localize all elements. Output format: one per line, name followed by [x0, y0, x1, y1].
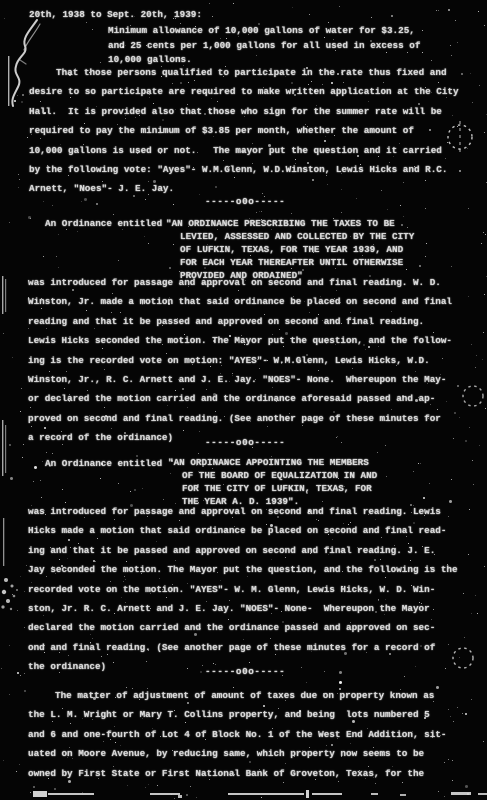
grain-speck	[130, 491, 131, 492]
emulsion-blotch	[1, 578, 18, 610]
grain-speck	[81, 201, 82, 202]
grain-speck	[33, 786, 35, 788]
grain-speck	[174, 798, 175, 799]
typed-line: Lewis Hicks seconded the motion. The May…	[28, 331, 452, 350]
grain-speck	[444, 796, 445, 797]
grain-speck	[46, 452, 47, 453]
grain-speck	[17, 610, 18, 611]
grain-speck	[52, 453, 53, 454]
grain-speck	[292, 7, 293, 8]
grain-speck	[462, 713, 463, 714]
punch-circle-2	[463, 386, 483, 406]
film-scratch-left	[2, 56, 9, 566]
grain-speck	[450, 45, 451, 46]
grain-speck	[454, 412, 456, 414]
typed-line: was introduced for passage and approval …	[28, 273, 452, 292]
typed-line: ond and final reading. (See another page…	[28, 638, 458, 657]
grain-speck	[306, 682, 307, 683]
grain-speck	[436, 10, 437, 11]
grain-speck	[9, 694, 10, 695]
typed-line: ing and that it be passed and approved o…	[28, 541, 458, 560]
grain-speck	[54, 788, 56, 790]
typed-line: by the following vote: "Ayes"- W.M.Glenn…	[29, 160, 459, 179]
grain-speck	[12, 357, 13, 358]
typed-line: Winston, Jr. made a motion that said ord…	[28, 292, 452, 311]
section-separator: -----o0o-----	[205, 195, 285, 209]
grain-speck	[459, 417, 460, 418]
typed-line: ing is the recorded vote on motion: "AYE…	[28, 351, 452, 370]
grain-speck	[413, 471, 414, 472]
grain-speck	[485, 234, 486, 235]
water-rate-block: Minimum allowance of 10,000 gallons of w…	[108, 24, 420, 68]
grain-speck	[485, 408, 486, 409]
grain-speck	[127, 785, 128, 786]
grain-speck	[375, 783, 376, 784]
grain-speck	[387, 209, 388, 210]
grain-speck	[17, 672, 19, 674]
grain-speck	[96, 203, 98, 205]
grain-speck	[1, 668, 2, 669]
grain-speck	[451, 266, 452, 267]
grain-speck	[118, 483, 119, 484]
grain-speck	[261, 797, 262, 798]
typed-line: FOR EACH YEAR THEREAFTER UNTIL OTHERWISE	[166, 257, 414, 270]
grain-speck	[467, 148, 468, 149]
grain-speck	[452, 760, 453, 761]
grain-speck	[483, 232, 484, 233]
grain-speck	[483, 741, 484, 742]
grain-speck	[145, 787, 146, 788]
grain-speck	[196, 797, 197, 798]
grain-speck	[12, 594, 13, 595]
grain-speck	[26, 565, 27, 566]
grain-speck	[471, 613, 472, 614]
grain-speck	[423, 497, 425, 499]
grain-speck	[457, 707, 458, 708]
grain-speck	[465, 785, 468, 788]
grain-speck	[451, 479, 452, 480]
grain-speck	[9, 645, 10, 646]
grain-speck	[9, 444, 11, 446]
grain-speck	[171, 794, 172, 795]
typed-line: Winston, Jr., R. C. Arnett and J. E. Jay…	[28, 370, 452, 389]
typed-line: required to pay the minimum of $3.85 per…	[29, 121, 459, 140]
grain-speck	[144, 236, 145, 237]
grain-speck	[475, 367, 476, 368]
grain-speck	[482, 359, 483, 360]
section-separator: -----o0o-----	[205, 665, 285, 679]
grain-speck	[27, 137, 28, 138]
typed-line: 10,000 gallons is used or not. The mayor…	[29, 141, 459, 160]
grain-speck	[190, 786, 191, 787]
grain-speck	[452, 780, 453, 781]
grain-speck	[113, 214, 114, 215]
bottom-edge-artifact	[33, 790, 487, 798]
grain-speck	[386, 476, 387, 477]
grain-speck	[448, 709, 449, 710]
typed-line: OF THE BOARD OF EQUALIZATION IN AND	[168, 470, 377, 483]
grain-speck	[209, 3, 210, 4]
grain-speck	[484, 132, 485, 133]
grain-speck	[28, 216, 31, 219]
grain-speck	[261, 211, 262, 212]
grain-speck	[58, 267, 59, 268]
grain-speck	[469, 427, 470, 428]
typed-line: recorded vote on the motion. "AYES"- W. …	[28, 580, 458, 599]
paragraph-tax-ordinance-vote: was introduced for passage and approval …	[28, 273, 452, 448]
grain-speck	[455, 20, 456, 21]
grain-speck	[453, 438, 454, 439]
grain-speck	[477, 613, 478, 614]
grain-speck	[429, 483, 430, 484]
grain-speck	[341, 212, 342, 213]
grain-speck	[142, 488, 143, 489]
typed-line: desire to so participate are required to…	[29, 82, 459, 101]
grain-speck	[30, 218, 31, 219]
typed-line: was introduced for passage and approval …	[28, 502, 458, 521]
grain-speck	[459, 657, 460, 658]
grain-speck	[450, 716, 451, 717]
grain-speck	[461, 73, 463, 75]
grain-speck	[484, 294, 485, 295]
grain-speck	[484, 294, 485, 295]
grain-speck	[92, 29, 93, 30]
grain-speck	[453, 721, 454, 722]
typed-line: The matter of adjustment of amount of ta…	[28, 686, 446, 705]
grain-speck	[21, 388, 22, 389]
grain-speck	[163, 499, 164, 500]
grain-speck	[62, 489, 63, 490]
paragraph-summer-rate: That those persons qualified to particip…	[29, 63, 459, 199]
grain-speck	[422, 30, 423, 31]
grain-speck	[465, 440, 467, 442]
grain-speck	[233, 3, 234, 4]
grain-speck	[41, 497, 42, 498]
microfilm-document-page: 20th, 1938 to Sept. 20th, 1939: Minimum …	[0, 0, 487, 800]
grain-speck	[33, 481, 34, 482]
typed-line: Minimum allowance of 10,000 gallons of w…	[108, 24, 420, 39]
grain-speck	[10, 477, 13, 480]
grain-speck	[475, 595, 476, 596]
grain-speck	[148, 784, 149, 785]
grain-speck	[16, 771, 17, 772]
grain-speck	[377, 452, 378, 453]
grain-speck	[24, 591, 25, 592]
grain-speck	[4, 18, 5, 19]
grain-speck	[438, 10, 439, 11]
grain-speck	[448, 9, 450, 11]
grain-speck	[43, 201, 44, 202]
grain-speck	[481, 243, 482, 244]
grain-speck	[438, 791, 439, 792]
grain-speck	[339, 6, 340, 7]
grain-speck	[259, 211, 260, 212]
grain-speck	[457, 385, 459, 387]
grain-speck	[468, 296, 469, 297]
grain-speck	[339, 681, 342, 684]
grain-speck	[483, 332, 484, 333]
ordinance1-intro: An Ordinance entitled	[45, 218, 162, 231]
grain-speck	[473, 484, 474, 485]
paragraph-tax-adjustment: The matter of adjustment of amount of ta…	[28, 686, 446, 783]
grain-speck	[19, 764, 20, 765]
typed-line: or declared the motion carried and the o…	[28, 389, 452, 408]
grain-speck	[471, 699, 472, 700]
grain-speck	[198, 453, 199, 454]
grain-speck	[256, 212, 257, 213]
typed-line: "AN ORDINANCE PRESCRIBING THE TAXES TO B…	[166, 218, 414, 231]
grain-speck	[431, 60, 432, 61]
grain-speck	[309, 14, 310, 15]
typed-line: uated on Moore Avenue, by reducing same,…	[28, 744, 446, 763]
typed-line: and 25 cents per 1,000 gallons for all u…	[108, 39, 420, 54]
grain-speck	[391, 15, 393, 17]
grain-speck	[100, 478, 101, 479]
grain-speck	[291, 213, 292, 214]
typed-line: That those persons qualified to particip…	[29, 63, 459, 82]
paragraph-equalization-board-vote: was introduced for passage and approval …	[28, 502, 458, 677]
grain-speck	[157, 785, 158, 786]
grain-speck	[422, 52, 423, 53]
typed-line: Hall. It is provided also that those who…	[29, 102, 459, 121]
grain-speck	[56, 256, 57, 257]
typed-line: owned by First State or First National B…	[28, 764, 446, 783]
grain-speck	[418, 463, 419, 464]
grain-speck	[148, 243, 149, 244]
section-separator: -----o0o-----	[205, 436, 285, 450]
grain-speck	[426, 243, 427, 244]
grain-speck	[459, 170, 461, 172]
grain-speck	[21, 101, 23, 103]
grain-speck	[20, 411, 21, 412]
typed-line: "AN ORDINANCE APPOINTING THE MEMBERS	[168, 457, 377, 470]
grain-speck	[18, 174, 19, 175]
typed-line: OF LUFKIN, TEXAS, FOR THE YEAR 1939, AND	[166, 244, 414, 257]
typed-line: declared the motion carried and the ordi…	[28, 618, 458, 637]
typed-line: proved on second and final reading. (See…	[28, 409, 452, 428]
grain-speck	[212, 16, 213, 17]
grain-speck	[465, 713, 467, 715]
grain-speck	[58, 234, 59, 235]
grain-speck	[478, 11, 479, 12]
grain-speck	[469, 509, 470, 510]
grain-speck	[419, 265, 421, 267]
grain-speck	[186, 794, 188, 796]
grain-speck	[20, 675, 21, 676]
grain-speck	[52, 205, 53, 206]
grain-speck	[9, 222, 10, 223]
typed-line: and 6 and one-fourth of Lot 4 of Block N…	[28, 725, 446, 744]
grain-speck	[451, 55, 452, 56]
grain-speck	[468, 554, 469, 555]
grain-speck	[484, 25, 485, 26]
typed-line: reading and that it be passed and approv…	[28, 312, 452, 331]
grain-speck	[14, 100, 16, 102]
grain-speck	[82, 792, 83, 793]
grain-speck	[145, 199, 146, 200]
grain-speck	[22, 94, 24, 96]
grain-speck	[472, 102, 473, 103]
grain-speck	[464, 637, 465, 638]
grain-speck	[403, 216, 404, 217]
grain-speck	[484, 566, 485, 567]
grain-speck	[34, 466, 37, 469]
typed-line: Jay seconded the motion. The Mayor put t…	[28, 560, 458, 579]
grain-speck	[3, 333, 4, 334]
typed-line: LEVIED, ASSESSED AND COLLECTED BY THE CI…	[166, 231, 414, 244]
ordinance2-intro: An Ordinance entitled	[45, 457, 162, 470]
grain-speck	[448, 759, 449, 760]
grain-speck	[425, 208, 426, 209]
grain-speck	[42, 461, 43, 462]
grain-speck	[24, 673, 25, 674]
grain-speck	[19, 179, 20, 180]
typed-line: the L. M. Wright or Mary T. Collins prop…	[28, 705, 446, 724]
grain-speck	[18, 187, 19, 188]
grain-speck	[24, 627, 25, 628]
grain-speck	[371, 17, 372, 18]
grain-speck	[118, 260, 119, 261]
grain-speck	[328, 22, 329, 23]
grain-speck	[30, 792, 31, 793]
grain-speck	[467, 793, 469, 795]
grain-speck	[86, 22, 87, 23]
grain-speck	[77, 231, 78, 232]
grain-speck	[472, 460, 473, 461]
grain-speck	[173, 204, 174, 205]
grain-speck	[470, 73, 471, 74]
typed-line: FOR THE CITY OF LUFKIN, TEXAS, FOR	[168, 483, 377, 496]
ordinance2-title-block: "AN ORDINANCE APPOINTING THE MEMBERSOF T…	[168, 457, 377, 509]
grain-speck	[463, 593, 464, 594]
grain-speck	[40, 480, 41, 481]
grain-speck	[3, 760, 4, 761]
grain-speck	[24, 690, 26, 692]
grain-speck	[134, 489, 136, 491]
header-line: 20th, 1938 to Sept. 20th, 1939:	[29, 8, 202, 22]
grain-speck	[400, 205, 401, 206]
grain-speck	[468, 208, 469, 209]
grain-speck	[476, 355, 477, 356]
grain-speck	[20, 576, 21, 577]
grain-speck	[471, 344, 472, 345]
grain-speck	[479, 85, 480, 86]
grain-speck	[479, 445, 480, 446]
grain-speck	[22, 457, 23, 458]
grain-speck	[23, 444, 24, 445]
grain-speck	[425, 256, 426, 257]
grain-speck	[17, 95, 18, 96]
typed-line: Hicks made a motion that said ordinance …	[28, 521, 458, 540]
grain-speck	[420, 463, 421, 464]
grain-speck	[43, 256, 44, 257]
typed-line: ston, Jr. R. C. Arnett and J. E. Jay. "N…	[28, 599, 458, 618]
grain-speck	[457, 42, 458, 43]
